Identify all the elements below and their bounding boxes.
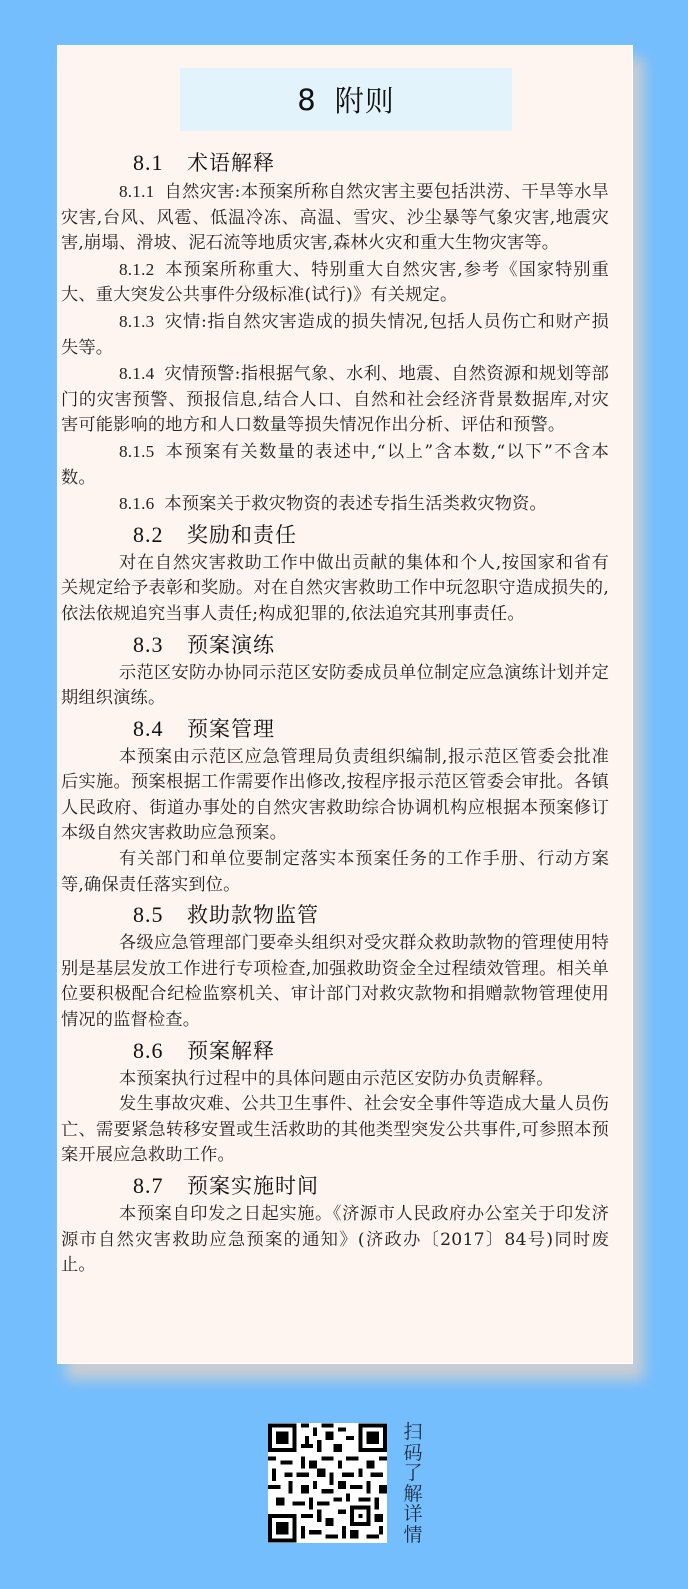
- section-heading: 8.4预案管理: [61, 713, 609, 745]
- paragraph: 8.1.3灾情:指自然灾害造成的损失情况,包括人员伤亡和财产损失等。: [61, 309, 609, 361]
- section-heading: 8.5救助款物监管: [61, 899, 609, 931]
- paragraph: 8.1.5本预案有关数量的表述中,“以上”含本数,“以下”不含本数。: [61, 439, 609, 491]
- paragraph: 8.1.4灾情预警:指根据气象、水利、地震、自然资源和规划等部门的灾害预警、预报…: [61, 361, 609, 439]
- paragraph: 各级应急管理部门要牵头组织对受灾群众救助款物的管理使用特别是基层发放工作进行专项…: [61, 931, 609, 1033]
- paragraph: 有关部门和单位要制定落实本预案任务的工作手册、行动方案等,确保责任落实到位。: [61, 847, 609, 898]
- section-heading: 8.6预案解释: [61, 1035, 609, 1067]
- paragraph: 8.1.2本预案所称重大、特别重大自然灾害,参考《国家特别重大、重大突发公共事件…: [61, 257, 609, 309]
- document-body: 8.1术语解释 8.1.1自然灾害:本预案所称自然灾害主要包括洪涝、干旱等水旱灾…: [61, 146, 609, 1279]
- scan-for-details-label: 扫码了解详情: [402, 1422, 424, 1545]
- section-heading: 8.3预案演练: [61, 629, 609, 661]
- document-card: 8 附则 8.1术语解释 8.1.1自然灾害:本预案所称自然灾害主要包括洪涝、干…: [57, 45, 633, 1364]
- paragraph: 本预案由示范区应急管理局负责组织编制,报示范区管委会批准后实施。预案根据工作需要…: [61, 745, 609, 847]
- section-heading: 8.7预案实施时间: [61, 1170, 609, 1202]
- section-heading: 8.1术语解释: [61, 147, 609, 179]
- paragraph: 对在自然灾害救助工作中做出贡献的集体和个人,按国家和省有关规定给予表彰和奖励。对…: [61, 551, 609, 628]
- section-heading: 8.2奖励和责任: [61, 519, 609, 551]
- paragraph: 8.1.1自然灾害:本预案所称自然灾害主要包括洪涝、干旱等水旱灾害,台风、风雹、…: [61, 179, 609, 257]
- paragraph: 8.1.6本预案关于救灾物资的表述专指生活类救灾物资。: [61, 491, 609, 518]
- qr-code-icon[interactable]: [268, 1423, 387, 1543]
- paragraph: 本预案执行过程中的具体问题由示范区安防办负责解释。: [61, 1067, 609, 1093]
- chapter-title: 附则: [335, 79, 395, 120]
- paragraph: 示范区安防办协同示范区安防委成员单位制定应急演练计划并定期组织演练。: [61, 661, 609, 712]
- paragraph: 本预案自印发之日起实施。《济源市人民政府办公室关于印发济源市自然灾害救助应急预案…: [61, 1202, 609, 1279]
- paragraph: 发生事故灾难、公共卫生事件、社会安全事件等造成大量人员伤亡、需要紧急转移安置或生…: [61, 1092, 609, 1169]
- chapter-title-box: 8 附则: [180, 68, 512, 131]
- chapter-number: 8: [297, 83, 316, 117]
